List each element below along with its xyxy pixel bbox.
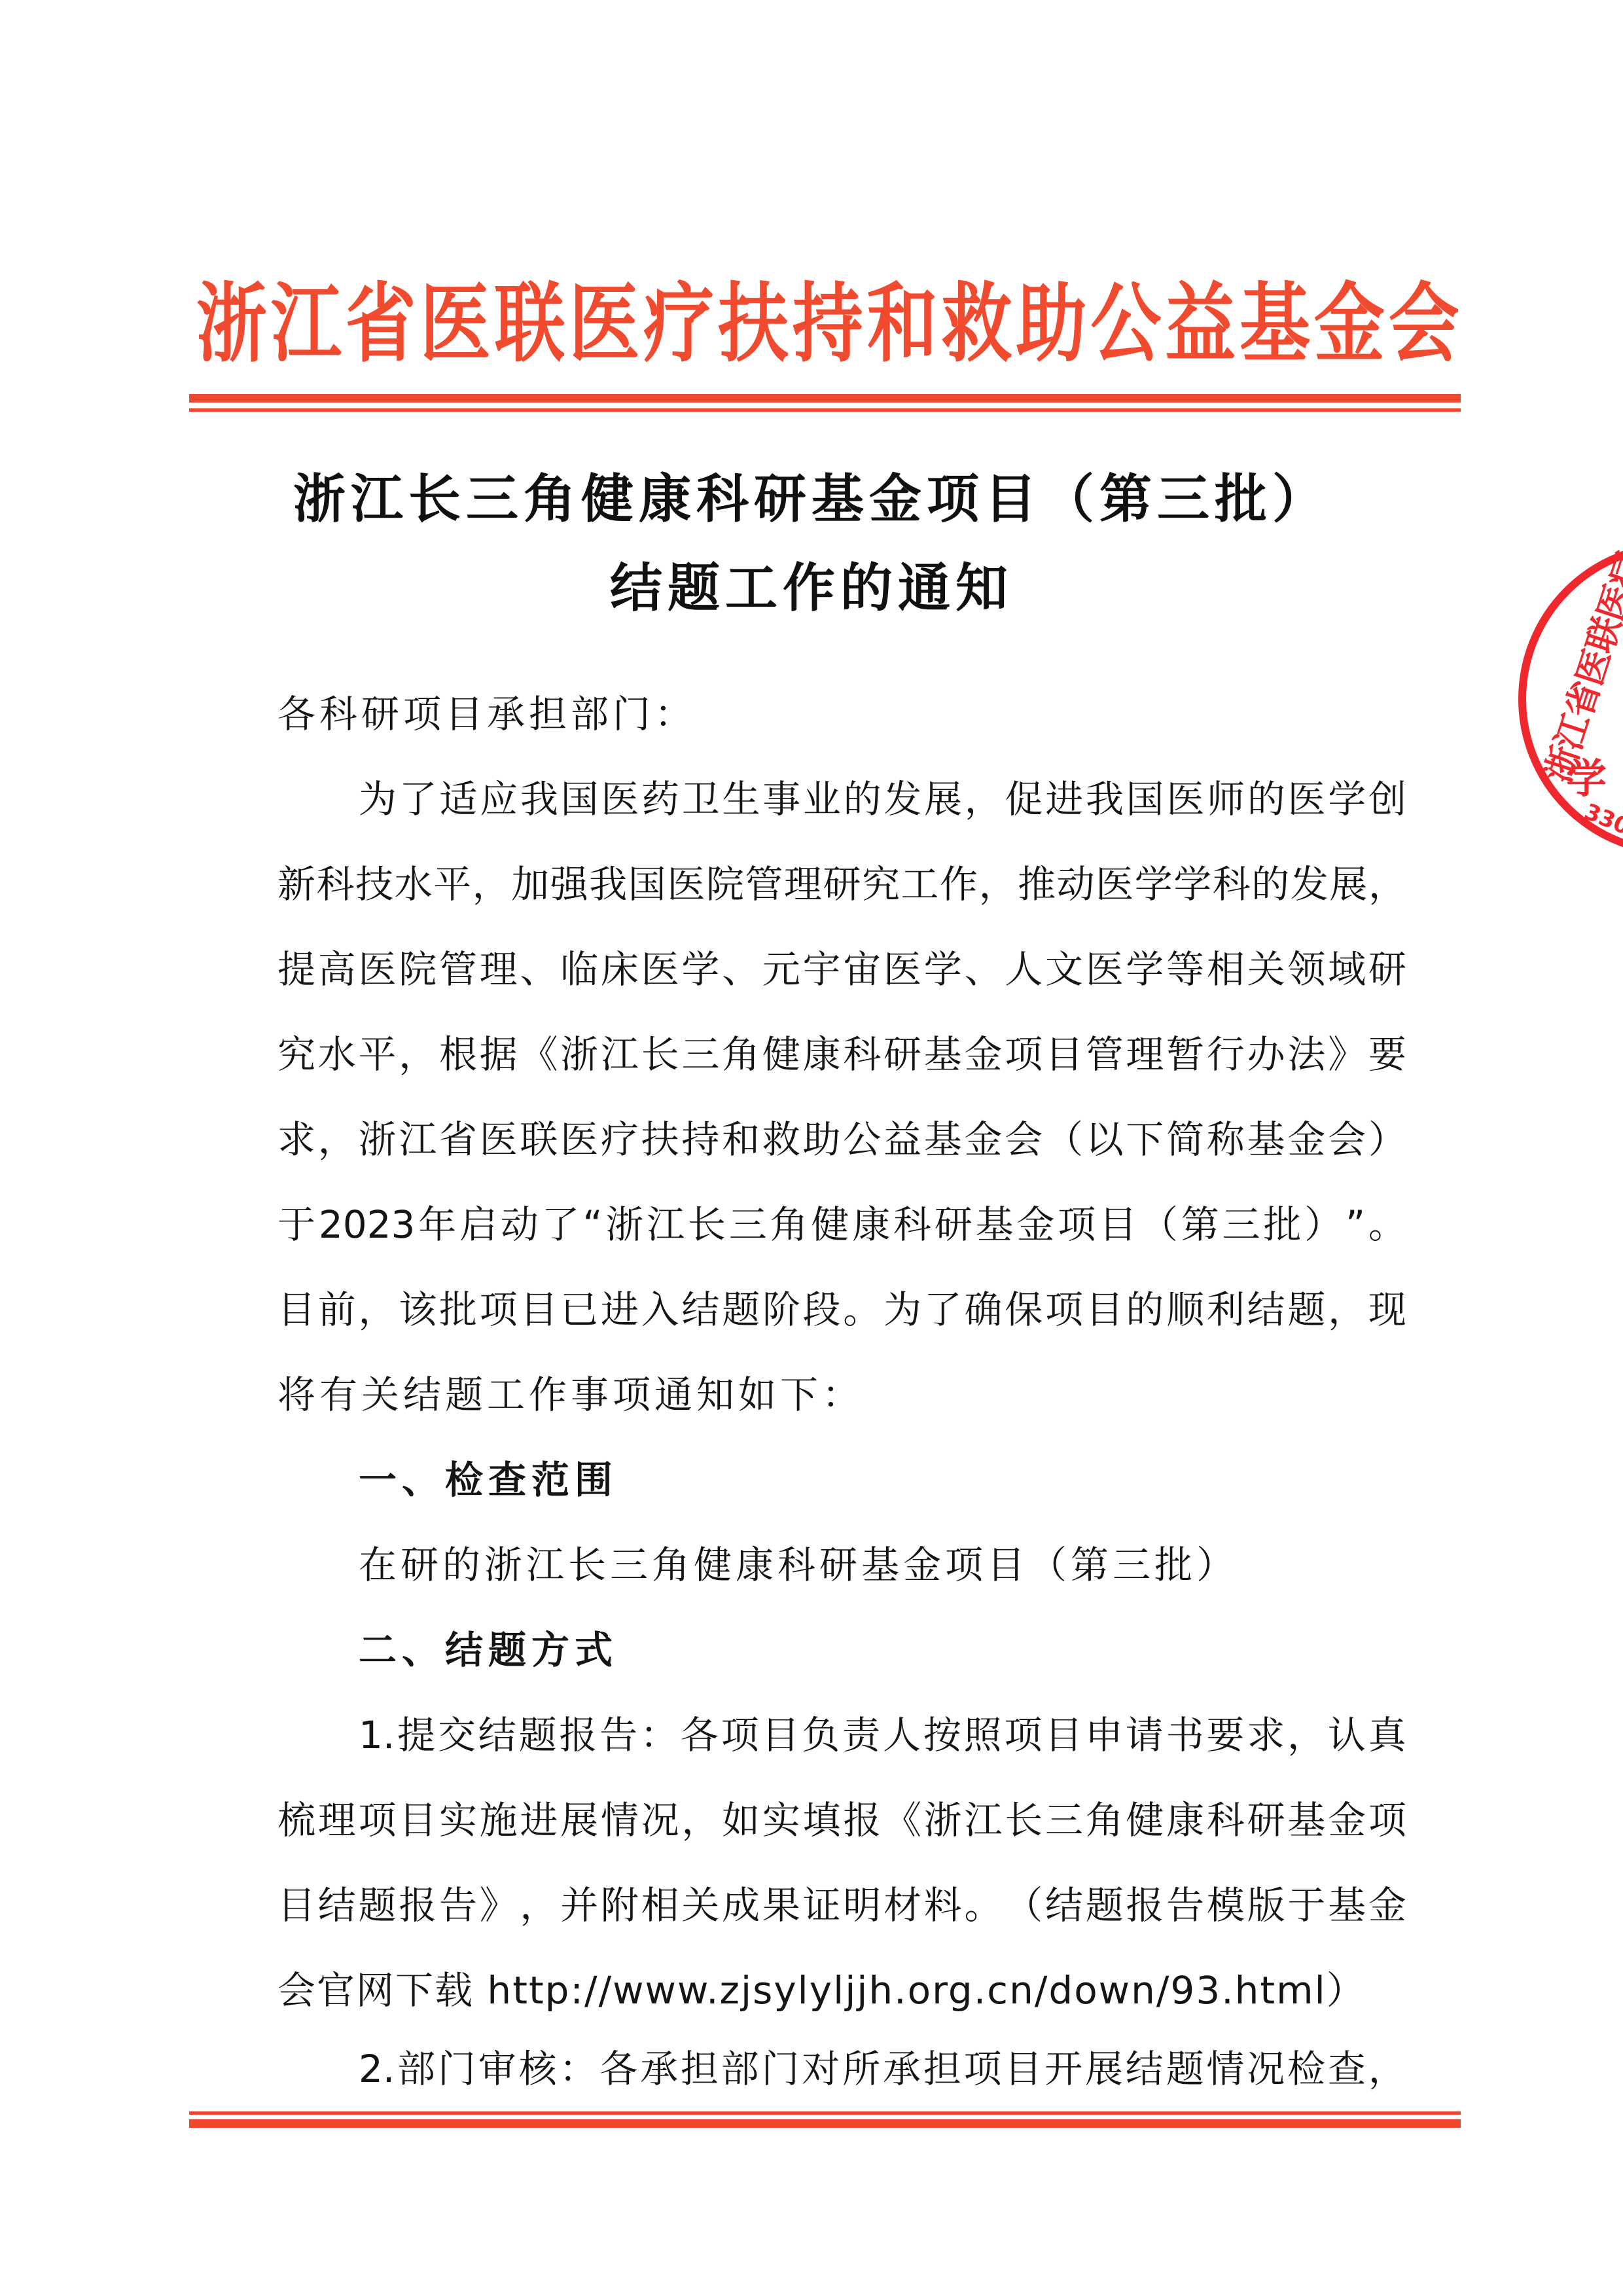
footer-rule-thin [189, 2111, 1461, 2115]
letterhead-organization-name: 浙江省医联医疗扶持和救助公益基金会 [196, 275, 1459, 373]
salutation: 各科研项目承担部门： [277, 695, 1406, 733]
letterhead-rule-thick [189, 394, 1461, 403]
intro-line: 为了适应我国医药卫生事业的发展，促进我国医师的医学创 [359, 780, 1406, 818]
intro-line: 目前，该批项目已进入结题阶段。为了确保项目的顺利结题，现 [277, 1291, 1406, 1329]
item-dept-review-line: 2.部门审核：各承担部门对所承担项目开展结题情况检查， [359, 2050, 1406, 2088]
letterhead-rule-thin [189, 408, 1461, 412]
seal-bottom-text: 学 [1566, 746, 1607, 804]
intro-line: 究水平，根据《浙江长三角健康科研基金项目管理暂行办法》要 [277, 1035, 1406, 1073]
section-heading-scope: 一、检查范围 [359, 1461, 1406, 1499]
intro-line: 将有关结题工作事项通知如下： [277, 1376, 1406, 1414]
section-text-scope: 在研的浙江长三角健康科研基金项目（第三批） [359, 1546, 1406, 1584]
intro-line: 于2023年启动了“浙江长三角健康科研基金项目（第三批）”。 [277, 1206, 1406, 1244]
document-title-line-1: 浙江长三角健康科研基金项目（第三批） [0, 473, 1623, 525]
intro-line: 提高医院管理、临床医学、元宇宙医学、人文医学等相关领域研 [277, 950, 1406, 988]
item-submit-report-line: 梳理项目实施进展情况，如实填报《浙江长三角健康科研基金项 [277, 1801, 1406, 1839]
footer-rule-thick [189, 2119, 1461, 2128]
document-title-line-2: 结题工作的通知 [0, 562, 1623, 614]
item-submit-report-url-line: 会官网下载 http://www.zjsylyljjh.org.cn/down/… [277, 1971, 1406, 2009]
item-submit-report-line: 1.提交结题报告：各项目负责人按照项目申请书要求，认真 [359, 1716, 1406, 1754]
document-page: 浙江省医联医疗扶持和救助公益基金会 浙江长三角健康科研基金项目（第三批） 结题工… [0, 0, 1623, 2296]
section-heading-method: 二、结题方式 [359, 1631, 1406, 1669]
intro-line: 新科技水平，加强我国医院管理研究工作，推动医学学科的发展， [277, 865, 1406, 903]
intro-line: 求，浙江省医联医疗扶持和救助公益基金会（以下简称基金会） [277, 1121, 1406, 1158]
item-submit-report-line: 目结题报告》，并附相关成果证明材料。（结题报告模版于基金 [277, 1886, 1406, 1924]
